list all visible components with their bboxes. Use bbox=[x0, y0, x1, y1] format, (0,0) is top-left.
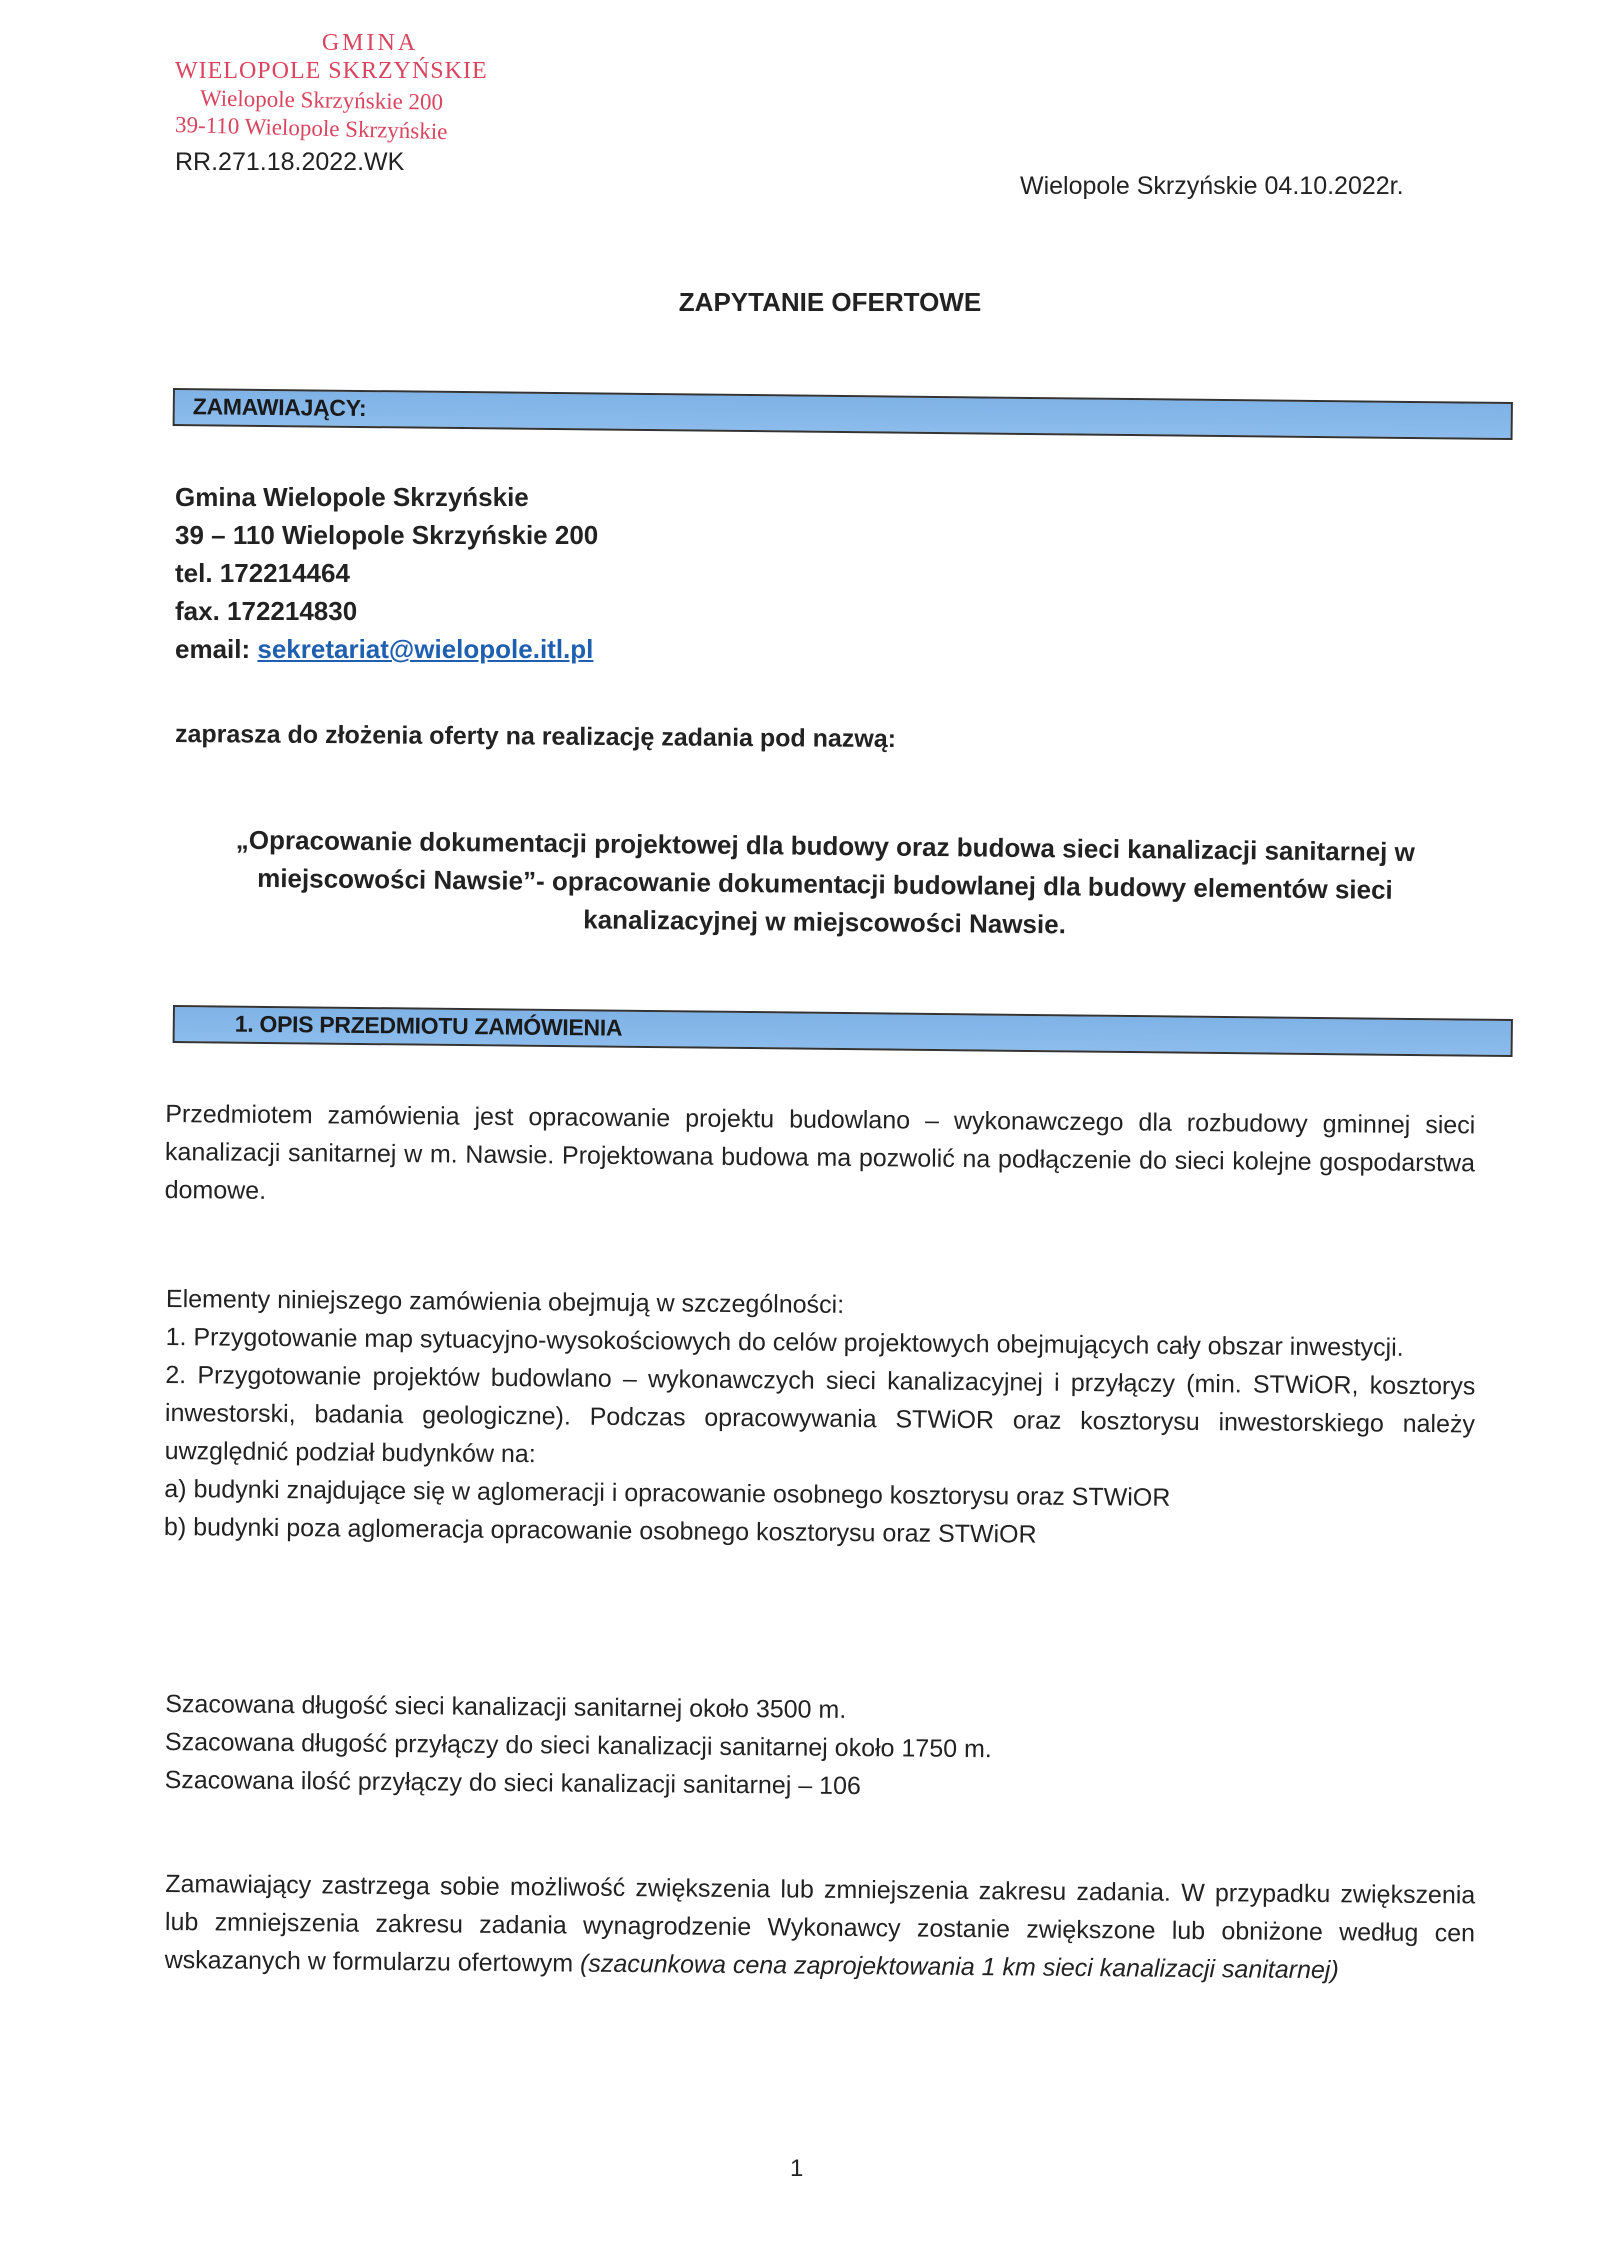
orderer-tel: tel. 172214464 bbox=[175, 554, 598, 592]
estimates-list: Szacowana długość sieci kanalizacji sani… bbox=[165, 1685, 1476, 1810]
orderer-fax: fax. 172214830 bbox=[175, 592, 598, 630]
section-header-orderer: ZAMAWIAJĄCY: bbox=[173, 388, 1513, 440]
section-header-text: 1. OPIS PRZEDMIOTU ZAMÓWIENIA bbox=[235, 1011, 623, 1042]
stamp-line: WIELOPOLE SKRZYŃSKIE bbox=[175, 58, 535, 86]
email-label: email: bbox=[175, 634, 257, 664]
elements-list: Elementy niniejszego zamówienia obejmują… bbox=[164, 1280, 1476, 1557]
reservation-italic-note: (szacunkowa cena zaprojektowania 1 km si… bbox=[580, 1950, 1339, 1985]
place-date: Wielopole Skrzyńskie 04.10.2022r. bbox=[1020, 172, 1404, 201]
list-item: 2. Przygotowanie projektów budowlano – w… bbox=[165, 1356, 1476, 1481]
orderer-name: Gmina Wielopole Skrzyńskie bbox=[175, 478, 598, 516]
orderer-email-line: email: sekretariat@wielopole.itl.pl bbox=[175, 630, 598, 668]
email-link[interactable]: sekretariat@wielopole.itl.pl bbox=[257, 634, 593, 664]
reference-number: RR.271.18.2022.WK bbox=[175, 148, 404, 177]
reservation-paragraph: Zamawiający zastrzega sobie możliwość zw… bbox=[165, 1865, 1476, 1990]
section-header-subject: 1. OPIS PRZEDMIOTU ZAMÓWIENIA bbox=[173, 1005, 1513, 1057]
invitation-text: zaprasza do złożenia oferty na realizacj… bbox=[175, 720, 896, 754]
orderer-address-block: Gmina Wielopole Skrzyńskie 39 – 110 Wiel… bbox=[175, 478, 598, 668]
stamp-line: 39-110 Wielopole Skrzyńskie bbox=[175, 112, 536, 148]
document-title: ZAPYTANIE OFERTOWE bbox=[0, 287, 1600, 318]
orderer-address: 39 – 110 Wielopole Skrzyńskie 200 bbox=[175, 516, 598, 554]
stamp-line: GMINA bbox=[175, 30, 535, 58]
municipality-stamp: GMINA WIELOPOLE SKRZYŃSKIE Wielopole Skr… bbox=[175, 30, 535, 138]
section-header-text: ZAMAWIAJĄCY: bbox=[193, 393, 367, 422]
task-name: „Opracowanie dokumentacji projektowej dl… bbox=[169, 820, 1480, 948]
page-number: 1 bbox=[790, 2155, 803, 2183]
subject-intro: Przedmiotem zamówienia jest opracowanie … bbox=[165, 1095, 1476, 1220]
